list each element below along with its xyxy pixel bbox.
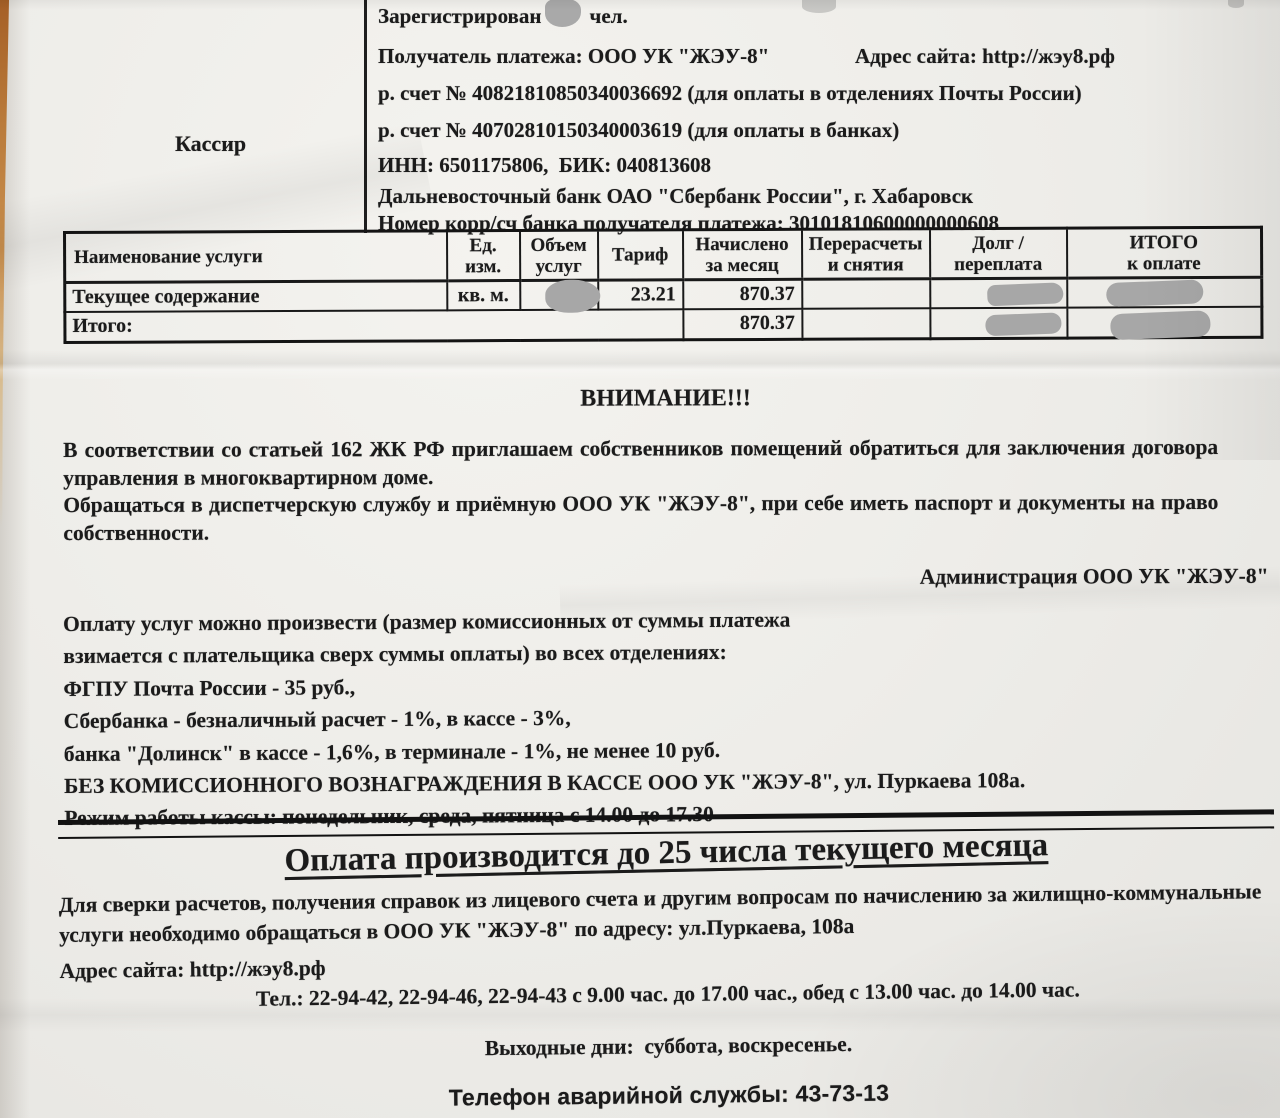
- smudge-mark: [1228, 0, 1244, 8]
- redaction-mark: [802, 0, 836, 13]
- footer-info-paragraph: Для сверки расчетов, получения справок и…: [59, 876, 1276, 950]
- registered-unit: чел.: [590, 4, 628, 28]
- redaction-mark: [986, 282, 1063, 306]
- cell-total-label: Итого:: [65, 309, 683, 343]
- inn-bik-line: ИНН: 6501175806, БИК: 040813608: [378, 153, 711, 178]
- redaction-mark: [545, 0, 581, 27]
- registered-line: Зарегистрированчел.: [378, 4, 628, 29]
- charges-table: Наименование услуги Ед. изм. Объем услуг…: [63, 226, 1263, 344]
- charges-table-wrap: Наименование услуги Ед. изм. Объем услуг…: [63, 226, 1263, 344]
- col-header-unit: Ед. изм.: [447, 231, 520, 281]
- cell-tariff: 23.21: [598, 280, 683, 309]
- cashier-label: Кассир: [175, 131, 246, 157]
- cell-debt-redacted: [930, 278, 1067, 308]
- col-header-tariff: Тариф: [598, 230, 683, 280]
- account-bank-line: р. счет № 40702810150340003619 (для опла…: [378, 118, 899, 143]
- col-header-debt: Долг / переплата: [929, 228, 1066, 279]
- col-header-total: ИТОГО к оплате: [1066, 227, 1261, 278]
- redaction-mark: [1105, 279, 1203, 307]
- payment-info-section: Оплату услуг можно произвести (размер ко…: [63, 601, 1269, 835]
- cell-service-name: Текущее содержание: [65, 281, 447, 312]
- cell-debt-redacted: [930, 307, 1067, 339]
- attention-paragraph-1: В соответствии со статьей 162 ЖК РФ приг…: [63, 434, 1218, 492]
- col-header-recalc: Перерасчеты и снятия: [801, 229, 929, 280]
- registered-label: Зарегистрирован: [378, 4, 542, 28]
- attention-title: ВНИМАНИЕ!!!: [63, 383, 1268, 414]
- payee-line: Получатель платежа: ООО УК "ЖЭУ-8": [378, 44, 769, 69]
- cell-total-accrued: 870.37: [683, 308, 802, 340]
- redaction-mark: [545, 280, 600, 313]
- cell-recalc-empty: [802, 279, 930, 309]
- emergency-phone-line: Телефон аварийной службы: 43-73-13: [61, 1075, 1277, 1116]
- days-off-line: Выходные дни: суббота, воскресенье.: [60, 1027, 1276, 1066]
- footer-section: Оплата производится до 25 числа текущего…: [58, 820, 1277, 1116]
- col-header-service-name: Наименование услуги: [65, 231, 447, 283]
- account-post-line: р. счет № 40821810850340036692 (для опла…: [378, 81, 1082, 106]
- col-header-accrued: Начислено за месяц: [683, 229, 802, 280]
- redaction-mark: [1109, 310, 1210, 340]
- paper-crease: [0, 350, 1280, 380]
- cell-volume-redacted: [520, 280, 598, 309]
- table-header-row: Наименование услуги Ед. изм. Объем услуг…: [65, 227, 1262, 282]
- cell-recalc-empty: [802, 308, 930, 340]
- cell-accrued: 870.37: [683, 279, 802, 309]
- administration-signature: Администрация ООО УК "ЖЭУ-8": [63, 564, 1268, 592]
- attention-paragraph-2: Обращаться в диспетчерскую службу и приё…: [63, 489, 1218, 547]
- redaction-mark: [985, 312, 1062, 336]
- cell-unit: кв. м.: [447, 281, 520, 310]
- vertical-divider: [364, 0, 367, 233]
- attention-section: ВНИМАНИЕ!!! В соответствии со статьей 16…: [63, 383, 1269, 592]
- site-address: Адрес сайта: http://жэу8.рф: [855, 44, 1115, 69]
- cell-total-redacted: [1067, 277, 1262, 307]
- col-header-volume: Объем услуг: [520, 230, 598, 280]
- cell-total-redacted: [1067, 306, 1262, 338]
- table-row-total: Итого: 870.37: [65, 306, 1262, 342]
- bank-name-line: Дальневосточный банк ОАО "Сбербанк Росси…: [378, 184, 973, 209]
- receipt-photo: Кассир Зарегистрированчел. Получатель пл…: [0, 0, 1280, 1118]
- shadow-overlay: [0, 0, 1280, 10]
